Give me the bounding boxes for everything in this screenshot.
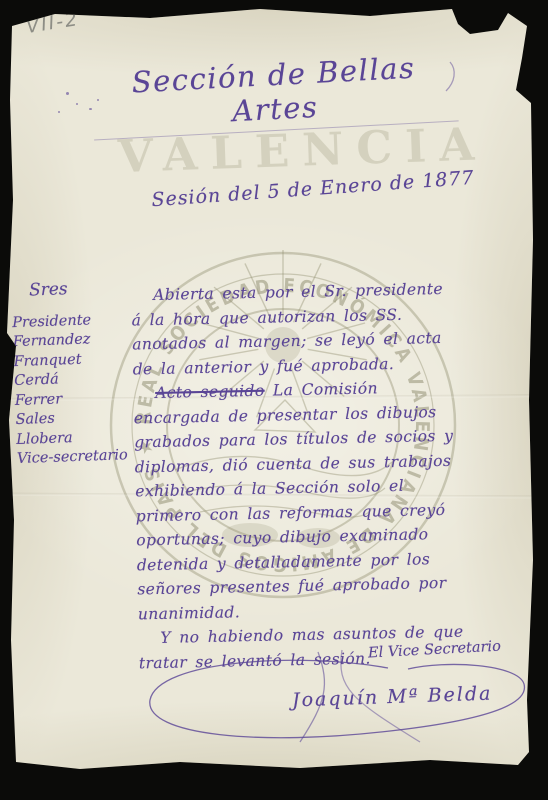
signature-flourish (0, 0, 548, 800)
pen-stray-mark (446, 62, 454, 91)
paper-sheet: REAL SOCIEDAD ECONÓMICA VALENCIANA DE AM… (0, 0, 548, 800)
scanned-document: REAL SOCIEDAD ECONÓMICA VALENCIANA DE AM… (0, 0, 548, 800)
